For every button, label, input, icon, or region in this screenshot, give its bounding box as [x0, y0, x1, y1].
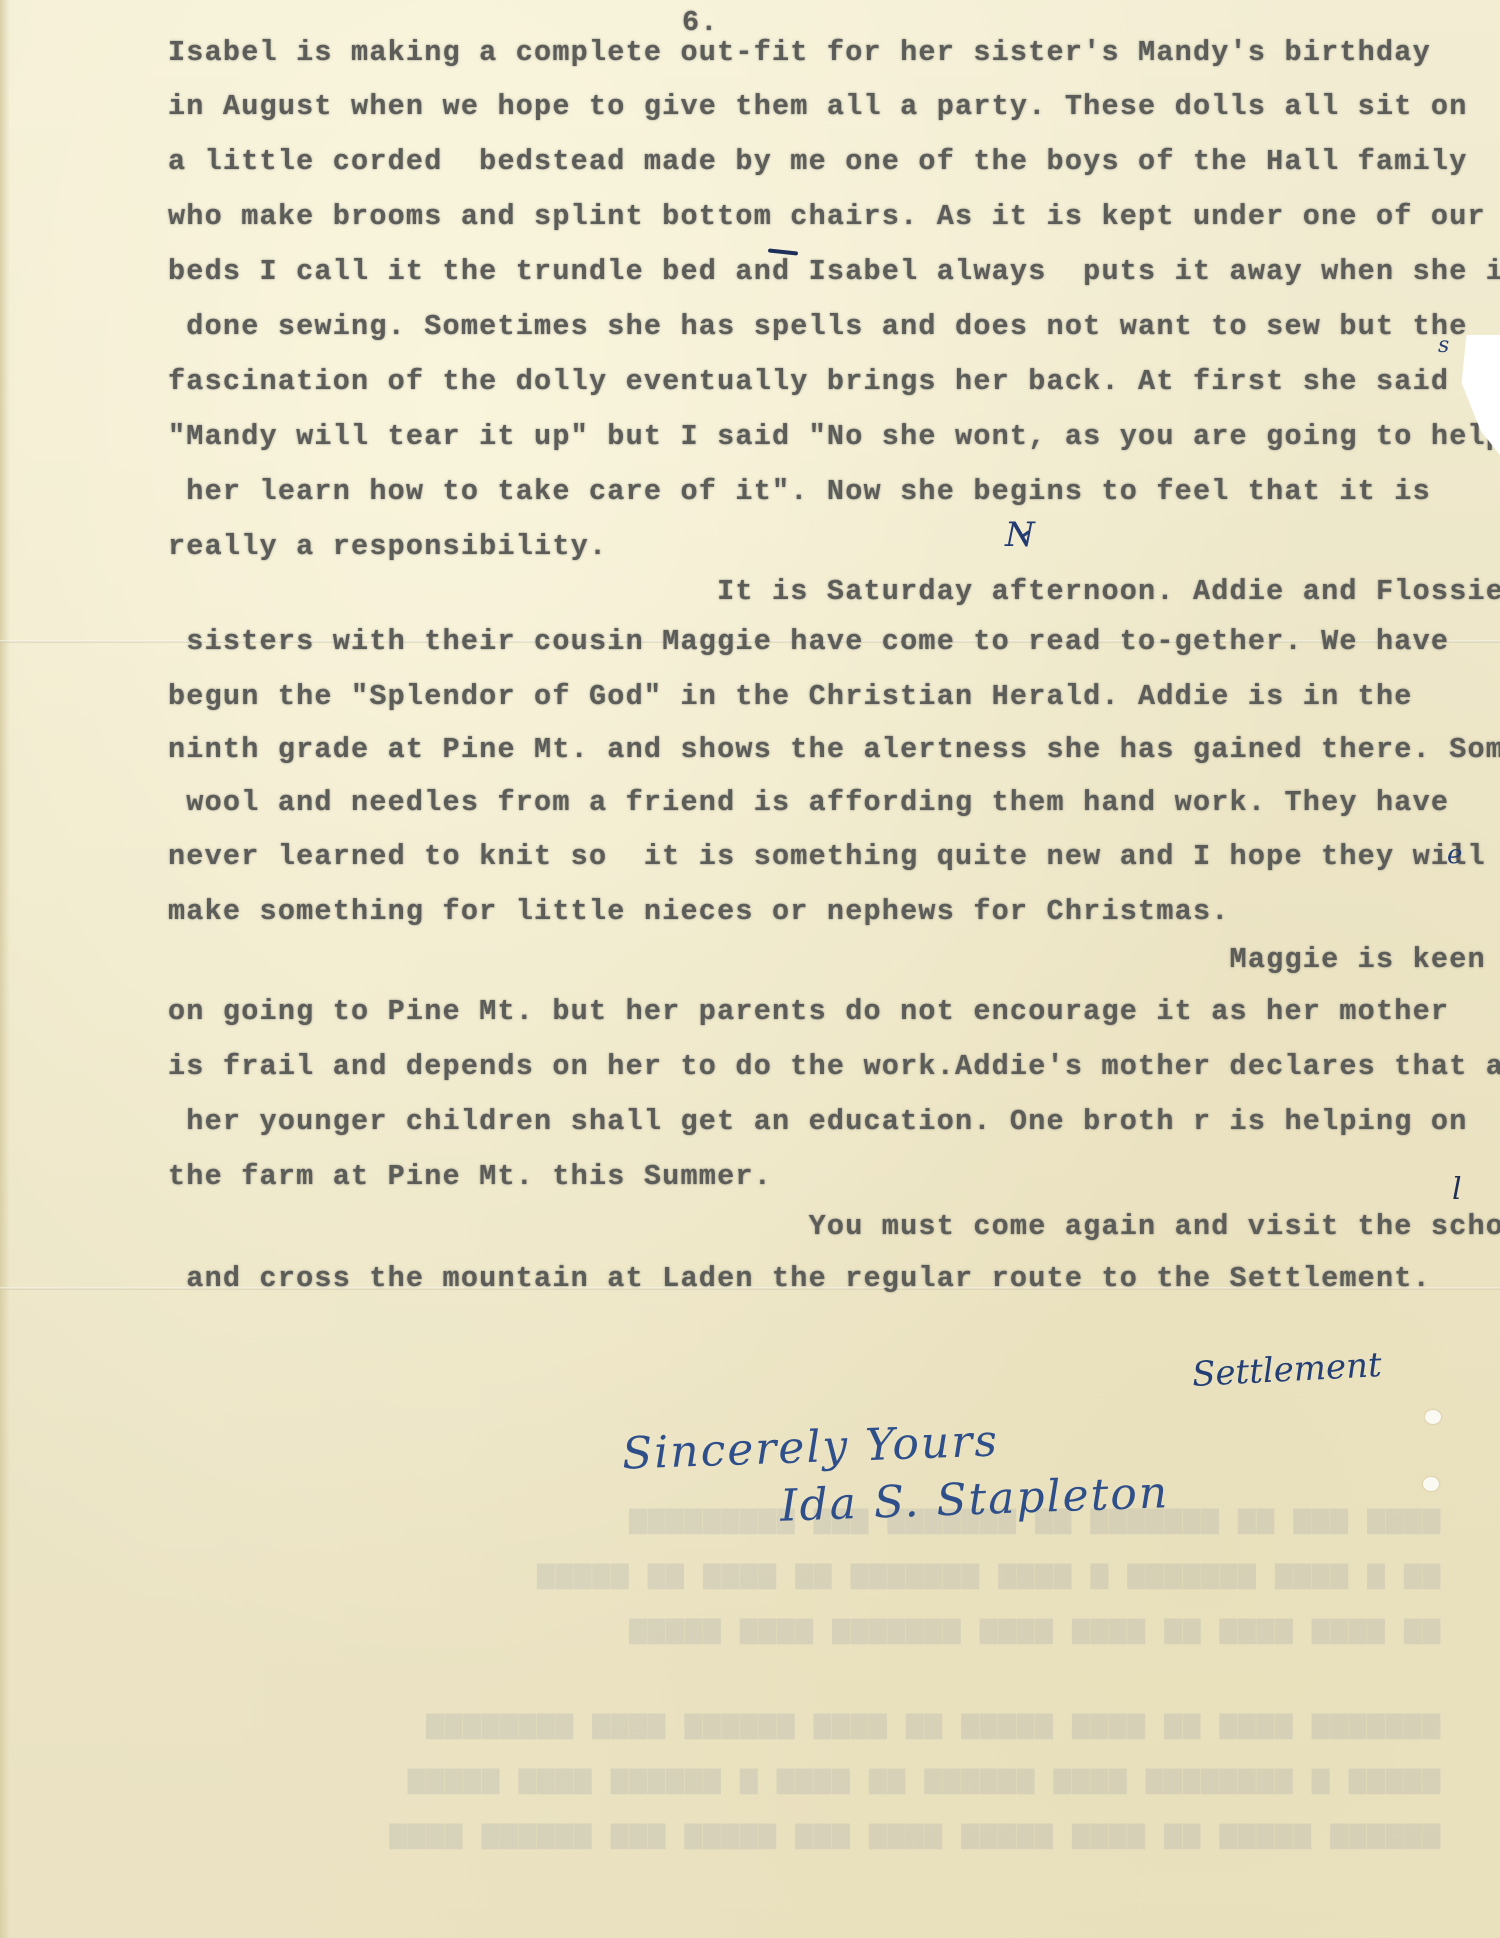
paper-hole	[1423, 1477, 1439, 1491]
text-line: begun the "Splendor of God" in the Chris…	[168, 680, 1413, 713]
text-line: on going to Pine Mt. but her parents do …	[168, 995, 1449, 1028]
text-line: beds I call it the trundle bed and Isabe…	[168, 255, 1500, 288]
show-through-text: ▆▆ ▆▆▆▆ ▆▆▆▆ ▆▆ ▆▆▆▆ ▆▆▆▆ ▆▆▆▆▆▆▆ ▆▆▆▆ ▆…	[60, 1610, 1440, 1646]
text-line: never learned to knit so it is something…	[168, 840, 1486, 873]
text-line: in August when we hope to give them all …	[168, 90, 1468, 123]
text-line: a little corded bedstead made by me one …	[168, 145, 1468, 178]
handwritten-insertion: Settlement	[1191, 1345, 1382, 1395]
text-line: the farm at Pine Mt. this Summer.	[168, 1160, 772, 1193]
handwritten-correction: s	[1438, 333, 1449, 358]
show-through-text: ▆▆▆▆▆ ▆ ▆▆▆▆▆▆▆▆ ▆▆▆▆ ▆▆▆▆▆▆ ▆▆ ▆▆▆▆ ▆ ▆…	[60, 1760, 1440, 1796]
show-through-text: ▆▆▆▆▆▆ ▆▆▆▆▆ ▆▆ ▆▆▆▆ ▆▆▆▆▆ ▆▆▆▆ ▆▆▆ ▆▆▆▆…	[60, 1815, 1440, 1851]
text-line: ninth grade at Pine Mt. and shows the al…	[168, 733, 1500, 766]
text-line: sisters with their cousin Maggie have co…	[168, 625, 1449, 658]
text-line: and cross the mountain at Laden the regu…	[168, 1262, 1431, 1295]
text-line: done sewing. Sometimes she has spells an…	[168, 310, 1468, 343]
paper-hole	[1425, 1410, 1441, 1424]
letter-closing: Sincerely Yours	[621, 1415, 999, 1479]
text-line: is frail and depends on her to do the wo…	[168, 1050, 1500, 1083]
show-through-text: ▆▆▆▆▆▆▆ ▆▆▆▆ ▆▆ ▆▆▆▆ ▆▆▆▆▆ ▆▆ ▆▆▆▆ ▆▆▆▆▆…	[60, 1705, 1440, 1741]
handwritten-correction: l	[1452, 1172, 1462, 1207]
page-number: 6.	[682, 6, 719, 39]
text-line: Isabel is making a complete out-fit for …	[168, 36, 1431, 69]
handwritten-correction: e	[1447, 840, 1462, 870]
text-line: It is Saturday afternoon. Addie and Flos…	[168, 575, 1500, 608]
letter-page: ▆▆▆▆ ▆▆▆ ▆▆ ▆▆▆▆▆▆▆ ▆▆ ▆▆▆▆▆▆▆ ▆▆▆ ▆▆▆▆▆…	[0, 0, 1500, 1938]
text-line: Maggie is keen	[168, 943, 1486, 976]
text-line: her learn how to take care of it". Now s…	[168, 475, 1431, 508]
show-through-text: ▆▆▆▆ ▆▆▆ ▆▆ ▆▆▆▆▆▆▆ ▆▆ ▆▆▆▆▆▆▆ ▆▆▆ ▆▆▆▆▆…	[60, 1500, 1440, 1536]
text-line: wool and needles from a friend is afford…	[168, 786, 1449, 819]
text-line: You must come again and visit the school	[168, 1210, 1500, 1243]
text-line: who make brooms and splint bottom chairs…	[168, 200, 1486, 233]
text-line: really a responsibility.	[168, 530, 607, 563]
paper-edge	[0, 0, 10, 1938]
handwritten-correction: N	[1005, 515, 1035, 555]
text-line: fascination of the dolly eventually brin…	[168, 365, 1449, 398]
text-line: make something for little nieces or neph…	[168, 895, 1230, 928]
show-through-text: ▆▆ ▆ ▆▆▆▆ ▆▆▆▆▆▆▆ ▆ ▆▆▆▆ ▆▆▆▆▆▆▆ ▆▆ ▆▆▆▆…	[60, 1555, 1440, 1591]
text-line: her younger children shall get an educat…	[168, 1105, 1468, 1138]
text-line: "Mandy will tear it up" but I said "No s…	[168, 420, 1500, 453]
